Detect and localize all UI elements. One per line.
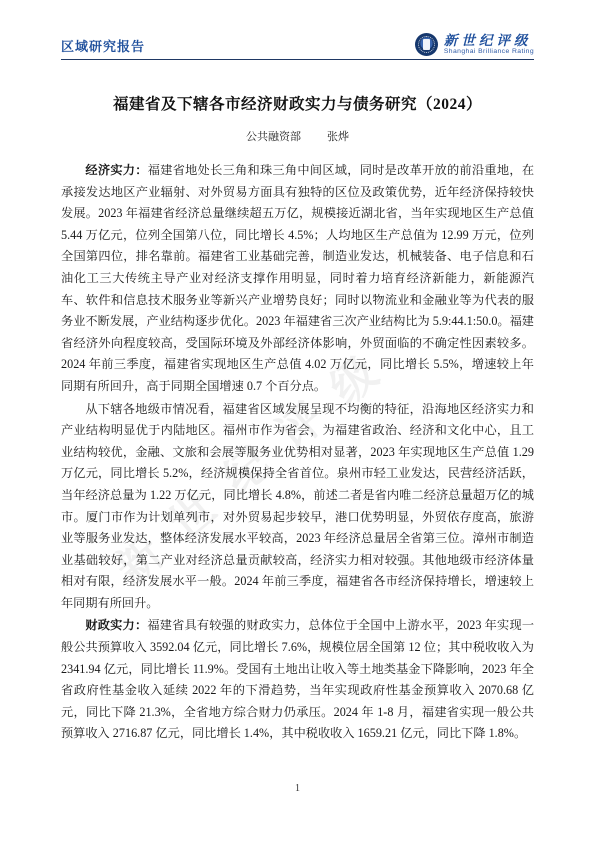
logo-icon (415, 33, 438, 56)
page-content: 区域研究报告 新世纪评级 Shanghai Brilliance Rating … (0, 0, 595, 745)
page-number: 1 (0, 783, 595, 794)
logo-en-name: Shanghai Brilliance Rating (444, 48, 534, 56)
paragraph-text: 从下辖各地级市情况看，福建省区域发展呈现不均衡的特征，沿海地区经济实力和产业结构… (61, 402, 534, 610)
byline-department: 公共融资部 (246, 131, 301, 143)
logo-text: 新世纪评级 Shanghai Brilliance Rating (444, 33, 534, 56)
paragraph-city-overview: 从下辖各地级市情况看，福建省区域发展呈现不均衡的特征，沿海地区经济实力和产业结构… (61, 399, 534, 615)
company-logo: 新世纪评级 Shanghai Brilliance Rating (415, 33, 534, 56)
logo-cn-name: 新世纪评级 (444, 33, 534, 49)
paragraph-text: 福建省地处长三角和珠三角中间区域，同时是改革开放的前沿重地，在承接发达地区产业辐… (61, 163, 534, 393)
paragraph-label: 财政实力： (85, 618, 147, 632)
paragraph-text: 福建省具有较强的财政实力，总体位于全国中上游水平，2023 年实现一般公共预算收… (61, 618, 534, 740)
page-header: 区域研究报告 新世纪评级 Shanghai Brilliance Rating (61, 0, 534, 60)
byline-author: 张烨 (327, 131, 349, 143)
body-text: 经济实力：福建省地处长三角和珠三角中间区域，同时是改革开放的前沿重地，在承接发达… (61, 160, 534, 745)
document-title: 福建省及下辖各市经济财政实力与债务研究（2024） (61, 92, 534, 114)
paragraph-economic-strength: 经济实力：福建省地处长三角和珠三角中间区域，同时是改革开放的前沿重地，在承接发达… (61, 160, 534, 398)
byline: 公共融资部张烨 (61, 128, 534, 144)
paragraph-fiscal-strength: 财政实力：福建省具有较强的财政实力，总体位于全国中上游水平，2023 年实现一般… (61, 615, 534, 745)
paragraph-label: 经济实力： (85, 163, 147, 177)
document-page: 新世纪评级 区域研究报告 新世纪评级 Shanghai Brilliance R… (0, 0, 595, 842)
report-type-label: 区域研究报告 (61, 36, 145, 55)
